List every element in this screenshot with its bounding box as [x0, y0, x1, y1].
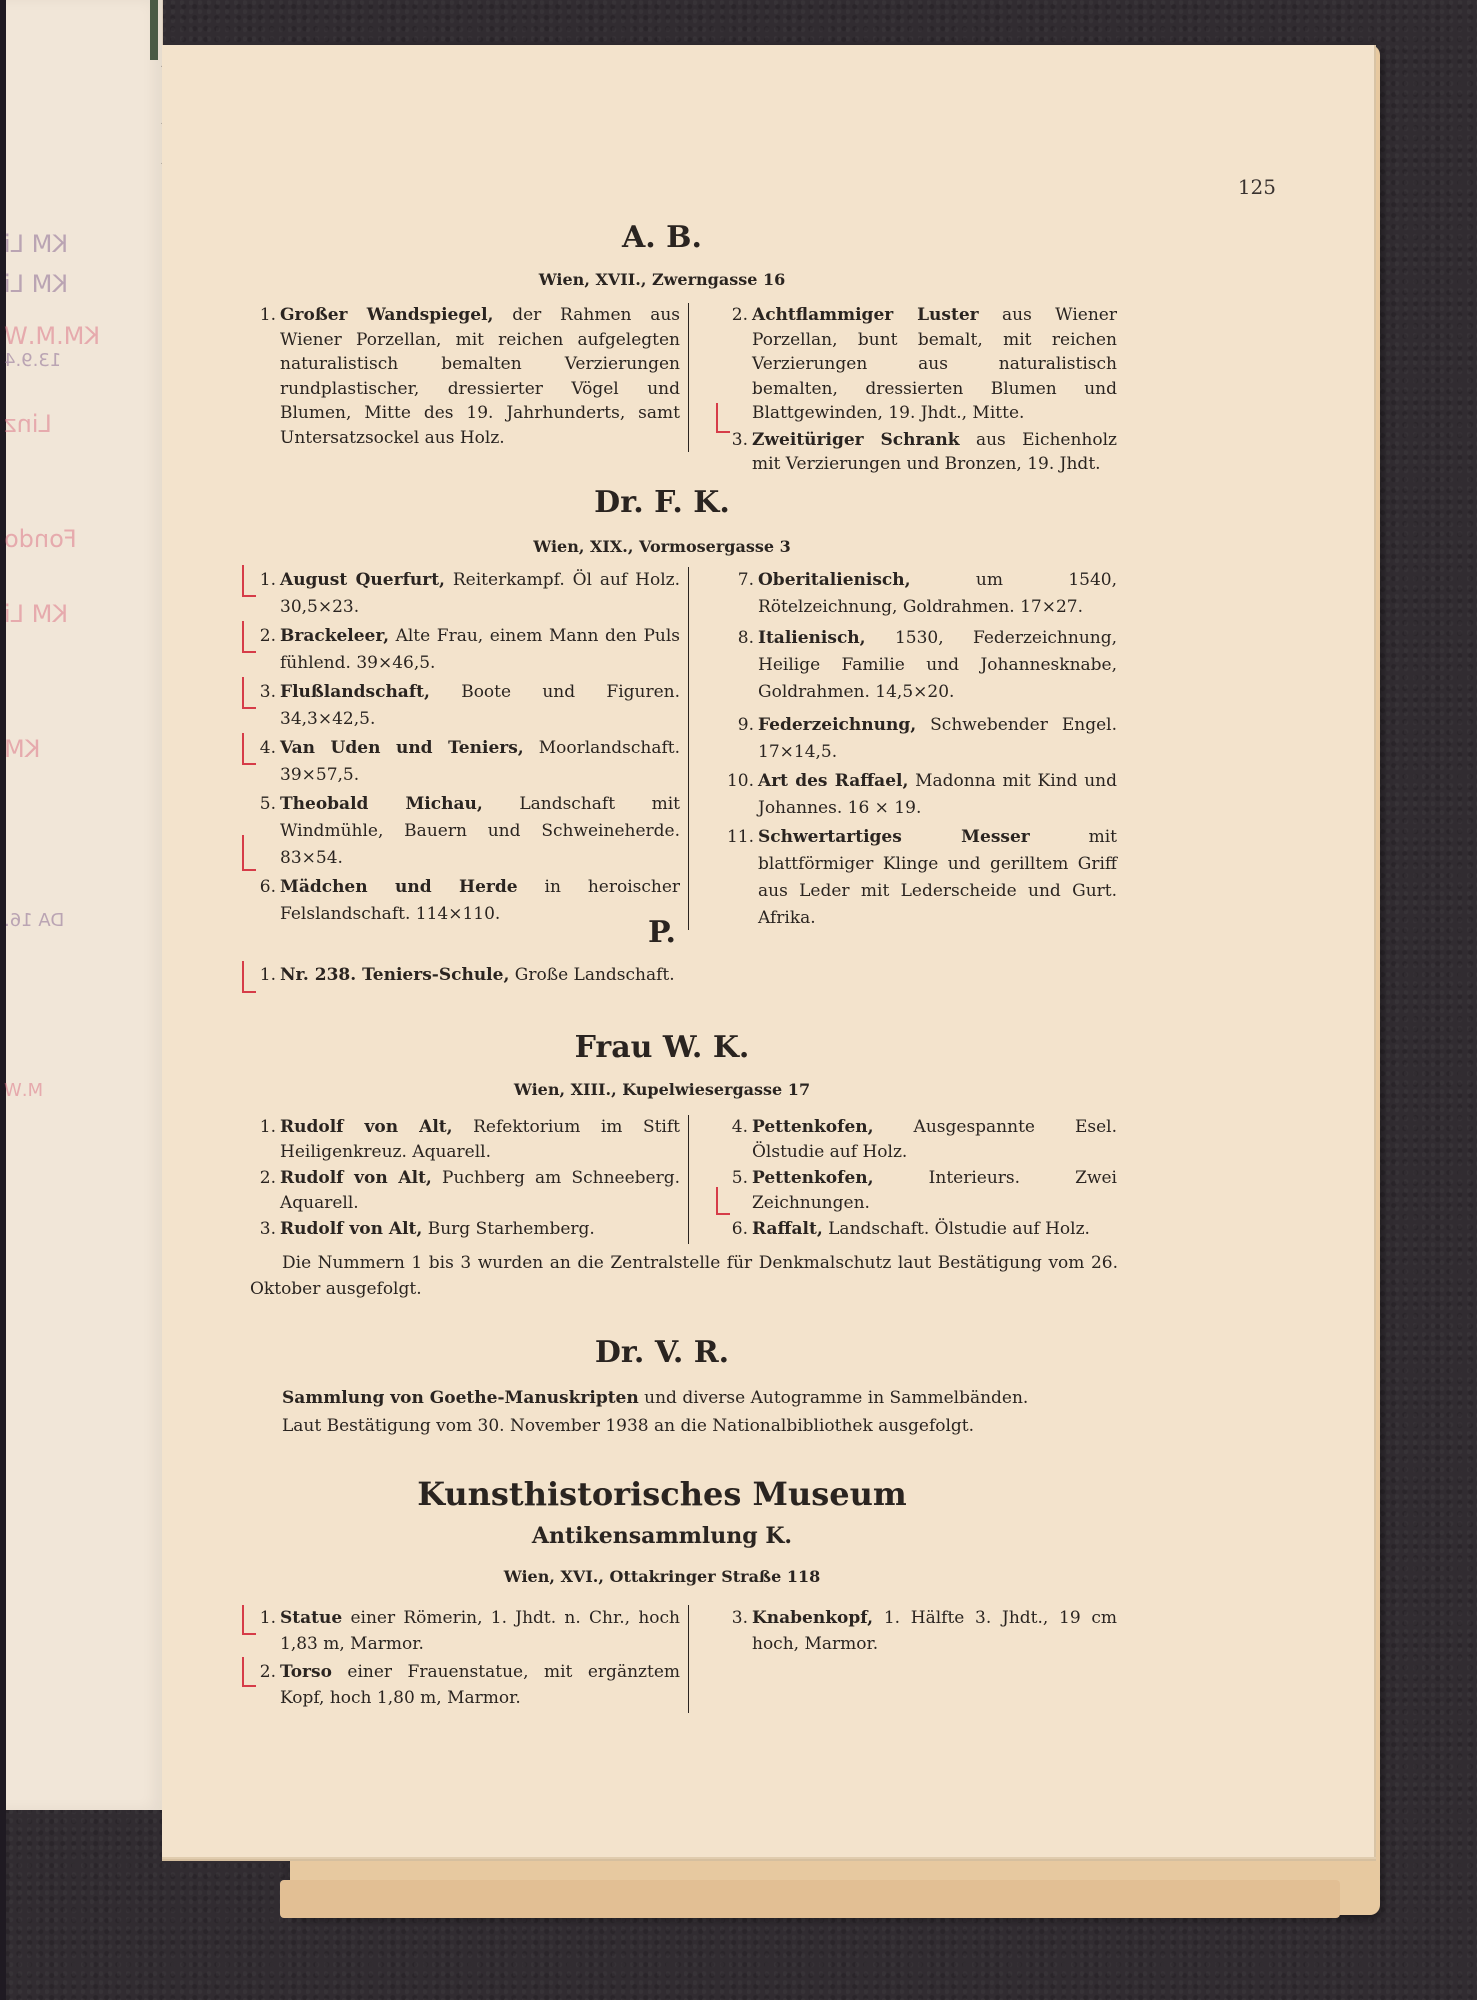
section-left-column: 1.Großer Wandspiegel, der Rahmen aus Wie… [250, 303, 689, 452]
ghost-note: DA 16. [4, 910, 64, 931]
red-check-mark [716, 403, 730, 433]
list-item: 2.Torso einer Frauenstatue, mit ergänzte… [250, 1659, 680, 1711]
list-item: 9.Federzeichnung, Schwebender Engel. 17×… [722, 712, 1117, 766]
list-item: 3.Knabenkopf, 1. Hälfte 3. Jhdt., 19 cm … [722, 1605, 1117, 1657]
list-item: 5.Theobald Michau, Landschaft mit Windmü… [250, 791, 680, 872]
ghost-note: Linz [4, 410, 52, 438]
list-item: 6.Raffalt, Landschaft. Ölstudie auf Holz… [722, 1217, 1117, 1242]
section-right-column: 3.Knabenkopf, 1. Hälfte 3. Jhdt., 19 cm … [722, 1605, 1117, 1659]
ghost-note: KM Li [4, 230, 68, 258]
ghost-note: KM Li [4, 600, 68, 628]
ghost-note: KM [4, 735, 40, 763]
section-subtitle: Antikensammlung K. [162, 1523, 1162, 1549]
red-check-mark [242, 1605, 256, 1635]
document-page: 125 A. B. Wien, XVII., Zwerngasse 16 1.G… [162, 45, 1376, 1885]
section-left-column: 1.August Querfurt, Reiterkampf. Öl auf H… [250, 567, 689, 930]
red-check-mark [242, 621, 256, 653]
footnote: Die Nummern 1 bis 3 wurden an die Zentra… [250, 1250, 1118, 1302]
ghost-note: KM Li [4, 270, 68, 298]
list-item: 8.Italienisch, 1530, Federzeichnung, Hei… [722, 625, 1117, 706]
red-check-mark [242, 677, 256, 709]
section-right-column: 2.Achtflammiger Luster aus Wiener Porzel… [722, 303, 1117, 479]
red-check-mark [242, 1657, 256, 1687]
section-left-column: 1.Statue einer Römerin, 1. Jhdt. n. Chr.… [250, 1605, 689, 1713]
list-item: 1.Rudolf von Alt, Refektorium im Stift H… [250, 1115, 680, 1164]
section-title: A. B. [162, 220, 1162, 255]
list-item: 2.Rudolf von Alt, Puchberg am Schneeberg… [250, 1166, 680, 1215]
section-text: Sammlung von Goethe-Manuskripten und div… [282, 1385, 1142, 1411]
ghost-note: Fondo [4, 525, 77, 553]
section-list: 1.Nr. 238. Teniers-Schule, Große Landsch… [250, 963, 690, 990]
list-item: 4.Pettenkofen, Ausgespannte Esel. Ölstud… [722, 1115, 1117, 1164]
binding-edge [150, 0, 158, 60]
section-title: Frau W. K. [162, 1030, 1162, 1065]
list-item: 1.Großer Wandspiegel, der Rahmen aus Wie… [250, 303, 680, 450]
list-item: 10.Art des Raffael, Madonna mit Kind und… [722, 768, 1117, 822]
list-item: 2.Achtflammiger Luster aus Wiener Porzel… [722, 303, 1117, 426]
section-text: Laut Bestätigung vom 30. November 1938 a… [282, 1413, 1142, 1439]
cover-edge [280, 1880, 1340, 1918]
list-item: 3.Flußlandschaft, Boote und Figuren. 34,… [250, 679, 680, 733]
ghost-note: M.W [4, 1080, 43, 1101]
red-check-mark [242, 733, 256, 765]
book-spine [0, 0, 6, 2000]
list-item: 4.Van Uden und Teniers, Moorlandschaft. … [250, 735, 680, 789]
red-check-mark [242, 565, 256, 597]
red-check-mark [242, 961, 256, 993]
page-number: 125 [1238, 175, 1276, 199]
section-title: P. [162, 915, 1162, 950]
section-address: Wien, XIII., Kupelwiesergasse 17 [162, 1080, 1162, 1099]
section-address: Wien, XIX., Vormosergasse 3 [162, 537, 1162, 556]
section-address: Wien, XVII., Zwerngasse 16 [162, 270, 1162, 289]
list-item: 2.Brackeleer, Alte Frau, einem Mann den … [250, 623, 680, 677]
list-item: 3.Rudolf von Alt, Burg Starhemberg. [250, 1217, 680, 1242]
list-item: 5.Pettenkofen, Interieurs. Zwei Zeichnun… [722, 1166, 1117, 1215]
section-right-column: 4.Pettenkofen, Ausgespannte Esel. Ölstud… [722, 1115, 1117, 1244]
ghost-note: 13.9.4 [4, 350, 61, 371]
section-right-column: 7.Oberitalienisch, um 1540, Rötelzeichnu… [722, 567, 1117, 934]
list-item: 1.Nr. 238. Teniers-Schule, Große Landsch… [250, 963, 690, 988]
section-left-column: 1.Rudolf von Alt, Refektorium im Stift H… [250, 1115, 689, 1244]
ghost-note: KM.M.W [4, 322, 100, 350]
list-item: 3.Zweitüriger Schrank aus Eichenholz mit… [722, 428, 1117, 477]
red-check-mark [716, 1187, 730, 1215]
section-title: Dr. V. R. [162, 1335, 1162, 1370]
red-check-mark [242, 835, 256, 871]
section-title: Kunsthistorisches Museum [162, 1475, 1162, 1513]
section-address: Wien, XVI., Ottakringer Straße 118 [162, 1567, 1162, 1586]
list-item: 7.Oberitalienisch, um 1540, Rötelzeichnu… [722, 567, 1117, 621]
list-item: 1.August Querfurt, Reiterkampf. Öl auf H… [250, 567, 680, 621]
section-title: Dr. F. K. [162, 485, 1162, 520]
list-item: 1.Statue einer Römerin, 1. Jhdt. n. Chr.… [250, 1605, 680, 1657]
